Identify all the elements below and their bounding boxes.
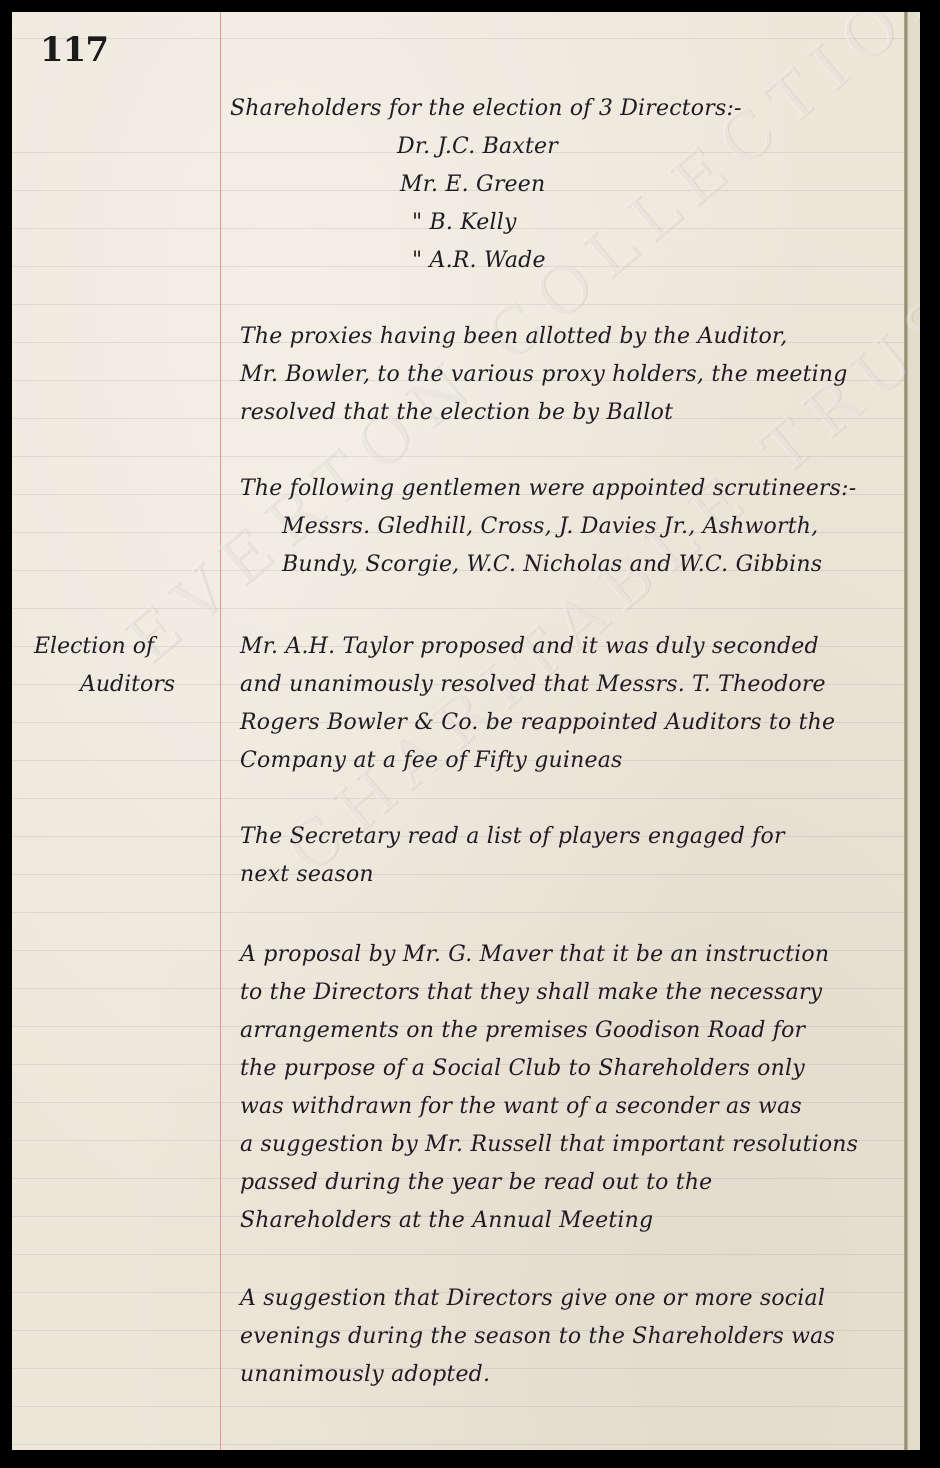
ruled-line: [12, 874, 920, 875]
ruled-line: [12, 1444, 920, 1445]
minute-line: A proposal by Mr. G. Maver that it be an…: [240, 942, 829, 967]
ruled-line: [12, 38, 920, 39]
minute-line: a suggestion by Mr. Russell that importa…: [240, 1132, 858, 1157]
minute-line: next season: [240, 862, 374, 887]
minute-line: was withdrawn for the want of a seconder…: [240, 1094, 802, 1119]
director-candidate: " B. Kelly: [412, 210, 517, 235]
ruled-line: [12, 608, 920, 609]
ruled-line: [12, 1254, 920, 1255]
margin-note-subtitle: Auditors: [80, 672, 175, 697]
director-candidate: Mr. E. Green: [400, 172, 545, 197]
minute-line: The following gentlemen were appointed s…: [240, 476, 856, 501]
minute-line: Messrs. Gledhill, Cross, J. Davies Jr., …: [282, 514, 818, 539]
director-candidate: " A.R. Wade: [412, 248, 546, 273]
minute-line: The Secretary read a list of players eng…: [240, 824, 785, 849]
ruled-line: [12, 456, 920, 457]
minute-line: Company at a fee of Fifty guineas: [240, 748, 623, 773]
minute-line: resolved that the election be by Ballot: [240, 400, 673, 425]
minute-line: Shareholders for the election of 3 Direc…: [230, 96, 742, 121]
ledger-page: ​ EVERTON COLLECTION CHARITABLE TRUST 11…: [12, 12, 920, 1450]
minute-line: Mr. Bowler, to the various proxy holders…: [240, 362, 848, 387]
minute-line: passed during the year be read out to th…: [240, 1170, 712, 1195]
minute-line: arrangements on the premises Goodison Ro…: [240, 1018, 805, 1043]
minute-line: evenings during the season to the Shareh…: [240, 1324, 835, 1349]
minute-line: to the Directors that they shall make th…: [240, 980, 822, 1005]
margin-note-title: Election of: [34, 634, 154, 659]
minute-line: and unanimously resolved that Messrs. T.…: [240, 672, 826, 697]
minute-line: A suggestion that Directors give one or …: [240, 1286, 825, 1311]
binding-strip: [908, 12, 920, 1450]
minute-line: Mr. A.H. Taylor proposed and it was duly…: [240, 634, 819, 659]
minute-line: The proxies having been allotted by the …: [240, 324, 787, 349]
ruled-line: [12, 912, 920, 913]
director-candidate: Dr. J.C. Baxter: [397, 134, 558, 159]
minute-line: Bundy, Scorgie, W.C. Nicholas and W.C. G…: [282, 552, 822, 577]
red-margin-rule: [220, 12, 221, 1450]
minute-line: unanimously adopted.: [240, 1362, 490, 1387]
minute-line: the purpose of a Social Club to Sharehol…: [240, 1056, 805, 1081]
ruled-line: [12, 1406, 920, 1407]
ruled-line: [12, 304, 920, 305]
page-edge: [904, 12, 908, 1450]
minute-line: Shareholders at the Annual Meeting: [240, 1208, 653, 1233]
minute-line: Rogers Bowler & Co. be reappointed Audit…: [240, 710, 835, 735]
ruled-line: [12, 798, 920, 799]
page-number: 117: [40, 30, 108, 70]
